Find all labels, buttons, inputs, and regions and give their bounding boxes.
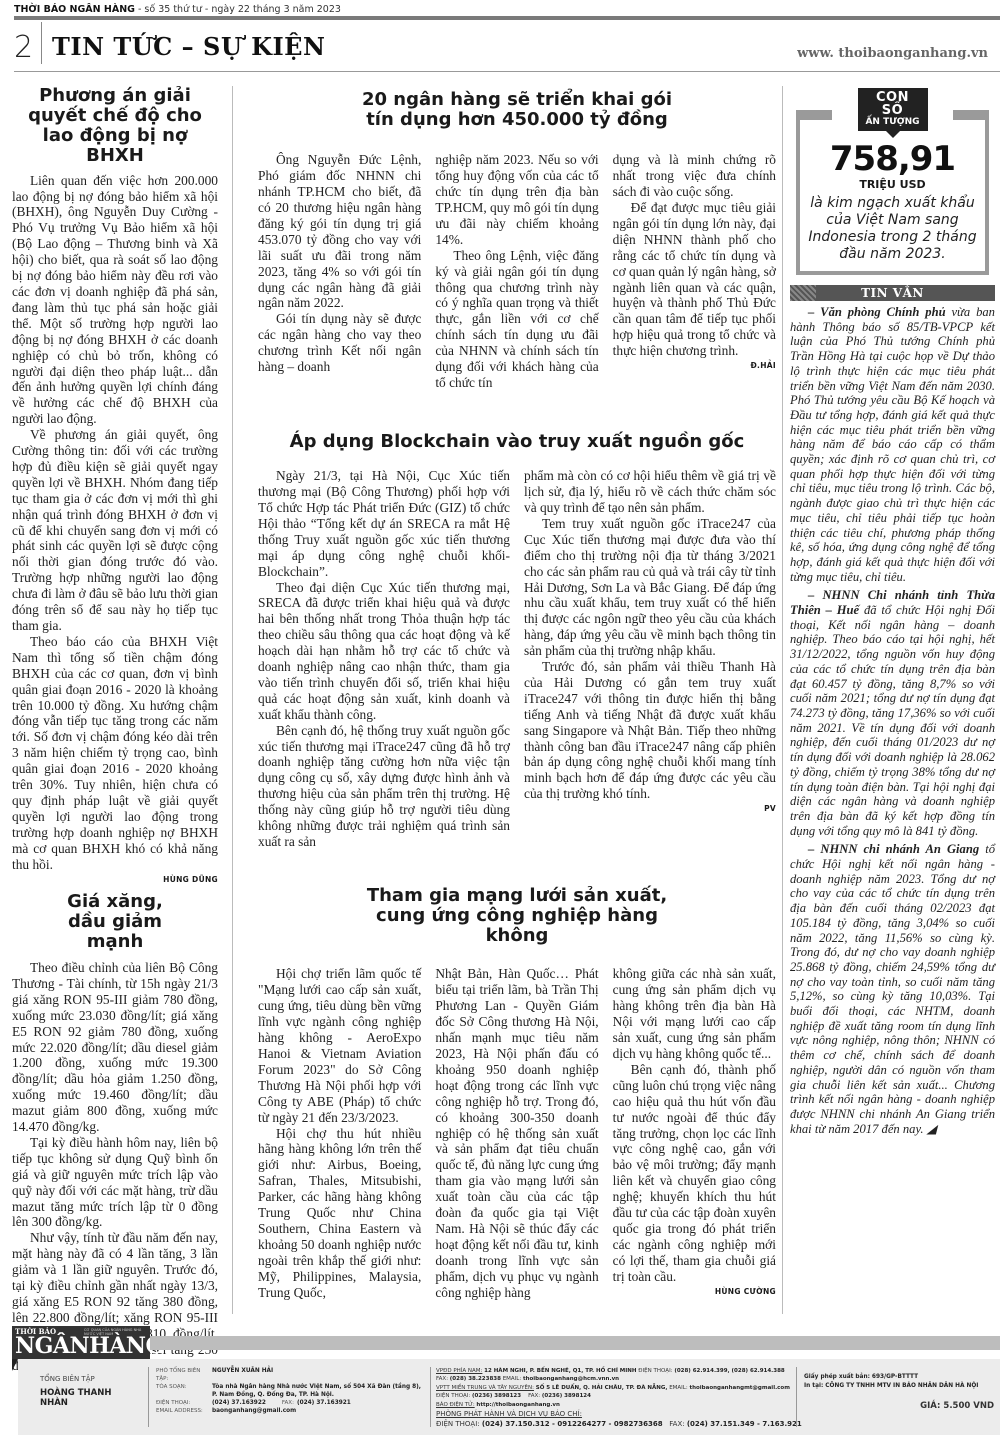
page-number-divider xyxy=(41,22,42,64)
brief-text: vừa ban hành Thông báo số 85/TB-VPCP kết… xyxy=(790,305,995,584)
e-paper-link[interactable]: http://thoibaonganhang.vn xyxy=(476,1402,560,1408)
text-column: nghiệp năm 2023. Nếu so với tổng huy độn… xyxy=(435,152,598,391)
chief-editor-block: TỔNG BIÊN TẬP HOÀNG THANH NHÀN xyxy=(40,1367,140,1408)
news-brief: – NHNN Chi nhánh tỉnh Thừa Thiên – Huế đ… xyxy=(790,588,995,838)
footer-divider xyxy=(148,1367,149,1427)
fax-label: FAX: xyxy=(282,1399,294,1407)
license-block: Giấy phép xuất bản: 693/GP-BTTTT In tại:… xyxy=(804,1373,994,1411)
printer-info: In tại: CÔNG TY TNHH MTV IN BÁO NHÂN DÂN… xyxy=(804,1382,994,1391)
headline-blockchain[interactable]: Áp dụng Blockchain vào truy xuất nguồn g… xyxy=(258,432,776,452)
text-column: không giữa các nhà sản xuất, cung ứng sả… xyxy=(613,966,776,1300)
distribution-phone-label: ĐIỆN THOẠI: xyxy=(436,1420,480,1428)
paragraph: Ngày 21/3, tại Hà Nội, Cục Xúc tiến thươ… xyxy=(258,468,510,579)
paragraph: Gói tín dụng này sẽ được các ngân hàng c… xyxy=(258,311,421,375)
byline: Đ.HẢI xyxy=(613,361,776,370)
central-fax-label: FAX: xyxy=(528,1393,540,1399)
paragraph: dụng và là minh chứng rõ nhất trong việc… xyxy=(613,152,776,200)
paragraph: Hội chợ thu hút nhiều hãng hàng không lớ… xyxy=(258,1126,421,1301)
news-brief: – NHNN chi nhánh An Giang tổ chức Hội ng… xyxy=(790,842,995,1136)
highlight-number: 758,91 xyxy=(808,140,977,178)
central-office-label: VPTT MIỀN TRUNG VÀ TÂY NGUYÊN: xyxy=(436,1385,534,1391)
distribution-fax-label: FAX: xyxy=(669,1420,684,1428)
tin-van-header: TIN VẮN xyxy=(790,285,995,301)
text-column: Ông Nguyễn Đức Lệnh, Phó giám đốc NHNN c… xyxy=(258,152,421,391)
paragraph: Hội chợ triển lãm quốc tế "Mạng lưới cao… xyxy=(258,966,421,1125)
paragraph: Theo báo cáo của BHXH Việt Nam thì tổng … xyxy=(12,634,218,873)
brief-lead: – Văn phòng Chính phủ xyxy=(808,305,946,319)
distribution-fax: (024) 37.151.349 - 7.163.921 xyxy=(687,1420,802,1428)
brief-text: đã tổ chức Hội nghị Đối thoại, Kết nối n… xyxy=(790,603,995,838)
paragraph: phẩm mà còn có cơ hội hiểu thêm về giá t… xyxy=(524,468,776,516)
paragraph: Bên cạnh đó, hệ thống truy xuất nguồn gố… xyxy=(258,723,510,850)
paper-name: THỜI BÁO NGÂN HÀNG xyxy=(14,4,135,15)
paragraph: Theo ông Lệnh, việc đăng ký và giải ngân… xyxy=(435,248,598,391)
text-column: Ngày 21/3, tại Hà Nội, Cục Xúc tiến thươ… xyxy=(258,468,510,850)
central-email-link[interactable]: thoibaonganhangmt@gmail.com xyxy=(689,1385,789,1391)
chief-editor-name: HOÀNG THANH NHÀN xyxy=(40,1388,140,1408)
south-email-label: EMAIL: xyxy=(503,1376,522,1382)
headline-bhxh[interactable]: Phương án giải quyết chế độ cho lao động… xyxy=(12,86,218,167)
south-email-link[interactable]: thoibaonganhang@hcm.vnn.vn xyxy=(523,1376,619,1382)
badge-line-1: CON SỐ xyxy=(864,91,922,117)
paragraph: Nhật Bản, Hàn Quốc… Phát biểu tại triển … xyxy=(435,966,598,1300)
byline: HÙNG DŨNG xyxy=(12,875,218,884)
news-brief: – Văn phòng Chính phủ vừa ban hành Thông… xyxy=(790,305,995,584)
logo-big-text: NGÂNHÀNG xyxy=(15,1333,164,1359)
email-link[interactable]: baonganhang@gmail.com xyxy=(212,1407,296,1415)
paragraph: không giữa các nhà sản xuất, cung ứng sả… xyxy=(613,966,776,1061)
column-divider xyxy=(232,86,233,1314)
publishing-license: Giấy phép xuất bản: 693/GP-BTTTT xyxy=(804,1373,994,1382)
article-blockchain: Áp dụng Blockchain vào truy xuất nguồn g… xyxy=(258,432,776,850)
e-paper-label: BÁO ĐIỆN TỬ: xyxy=(436,1402,475,1408)
headline-tin-dung[interactable]: 20 ngân hàng sẽ triển khai gói tín dụng … xyxy=(258,90,776,130)
central-email-label: EMAIL: xyxy=(669,1385,688,1391)
south-phone-label: ĐIỆN THOẠI: xyxy=(638,1368,672,1374)
paragraph: Theo điều chỉnh của liên Bộ Công Thương … xyxy=(12,960,218,1135)
highlight-description: là kim ngạch xuất khẩu của Việt Nam sang… xyxy=(808,195,977,263)
badge-line-2: ẤN TƯỢNG xyxy=(864,117,922,127)
paragraph: Bên cạnh đó, thành phố cũng luôn chú trọ… xyxy=(613,1062,776,1285)
section-header: 2 TIN TỨC – SỰ KIỆN www. thoibaonganhang… xyxy=(14,22,1000,72)
south-office-label: VPĐD PHÍA NAM: xyxy=(436,1368,482,1374)
price-label: GIÁ: 5.500 VND xyxy=(804,1401,994,1411)
con-so-an-tuong-box: CON SỐ ẤN TƯỢNG 758,91 TRIỆU USD là kim … xyxy=(790,86,995,275)
central-fax: (0236) 3898124 xyxy=(542,1393,591,1399)
south-fax-label: FAX: xyxy=(436,1376,448,1382)
text-column: Hội chợ triển lãm quốc tế "Mạng lưới cao… xyxy=(258,966,421,1300)
con-so-badge: CON SỐ ẤN TƯỢNG xyxy=(858,88,928,131)
newspaper-logo: THỜI BÁO CƠ QUAN CỦA NGÂN HÀNG NHÀ NƯỚC … xyxy=(12,1326,150,1359)
south-phone: (028) 62.914.399, (028) 62.914.388 xyxy=(674,1368,784,1374)
section-title: TIN TỨC – SỰ KIỆN xyxy=(52,32,325,61)
article-hang-khong: Tham gia mạng lưới sản xuất, cung ứng cô… xyxy=(258,886,776,1301)
south-office-address: 12 HÀM NGHI, P. BẾN NGHÉ, Q1, TP. HỒ CHÍ… xyxy=(484,1368,636,1374)
phone-value: (024) 37.163922 xyxy=(212,1399,266,1407)
website-link[interactable]: www. thoibaonganhang.vn xyxy=(797,46,988,61)
left-column: Phương án giải quyết chế độ cho lao động… xyxy=(12,86,218,1371)
text-column: dụng và là minh chứng rõ nhất trong việc… xyxy=(613,152,776,391)
brief-lead: – NHNN chi nhánh An Giang xyxy=(808,842,979,856)
article-gia-xang: Giá xăng, dầu giảm mạnh Theo điều chỉnh … xyxy=(12,892,218,1371)
issue-info: - số 35 thứ tư - ngày 22 tháng 3 năm 202… xyxy=(135,4,341,15)
paragraph: Trước đó, sản phẩm vải thiều Thanh Hà củ… xyxy=(524,659,776,802)
email-label: EMAIL ADDRESS: xyxy=(156,1407,212,1415)
box-frame xyxy=(953,110,989,120)
headline-hang-khong[interactable]: Tham gia mạng lưới sản xuất, cung ứng cô… xyxy=(258,886,776,946)
column-divider xyxy=(782,86,783,1314)
central-phone: (0236) 3898123 xyxy=(472,1393,521,1399)
office-info-block: PHÓ TỔNG BIÊN TẬP:NGUYỄN XUÂN HẢI TÒA SO… xyxy=(156,1367,426,1415)
deputy-name: NGUYỄN XUÂN HẢI xyxy=(212,1367,273,1383)
office-label: TÒA SOẠN: xyxy=(156,1383,212,1399)
fax-value: (024) 37.163921 xyxy=(297,1399,351,1407)
deputy-label: PHÓ TỔNG BIÊN TẬP: xyxy=(156,1367,212,1383)
branch-offices-block: VPĐD PHÍA NAM: 12 HÀM NGHI, P. BẾN NGHÉ,… xyxy=(436,1367,796,1429)
phone-label: ĐIỆN THOẠI: xyxy=(156,1399,212,1407)
headline-gia-xang[interactable]: Giá xăng, dầu giảm mạnh xyxy=(12,892,218,952)
tin-van-title: TIN VẮN xyxy=(861,286,924,300)
paragraph: Về phương án giải quyết, ông Cường thông… xyxy=(12,427,218,634)
paragraph: Để đạt được mục tiêu giải ngân gói tín d… xyxy=(613,200,776,359)
paragraph: nghiệp năm 2023. Nếu so với tổng huy độn… xyxy=(435,152,598,247)
office-address: Tòa nhà Ngân hàng Nhà nước Việt Nam, số … xyxy=(212,1383,426,1399)
logo-stripe xyxy=(150,1336,1000,1350)
masthead-rule xyxy=(14,16,1000,20)
text-column: Nhật Bản, Hàn Quốc… Phát biểu tại triển … xyxy=(435,966,598,1300)
distribution-label: PHÒNG PHÁT HÀNH VÀ DỊCH VỤ BÁO CHÍ: xyxy=(436,1410,582,1418)
central-office-address: SỐ 5 LÊ DUẨN, Q. HẢI CHÂU, TP. ĐÀ NẴNG, xyxy=(536,1385,668,1391)
masthead-issue-line: THỜI BÁO NGÂN HÀNG - số 35 thứ tư - ngày… xyxy=(14,4,341,15)
paragraph: Tại kỳ điều hành hôm nay, liên bộ tiếp t… xyxy=(12,1135,218,1230)
article-bhxh: Phương án giải quyết chế độ cho lao động… xyxy=(12,86,218,884)
brief-text: tổ chức Hội nghị kết nối ngân hàng - doa… xyxy=(790,842,995,1135)
page-number: 2 xyxy=(14,30,33,65)
distribution-phone: (024) 37.150.312 - 0912264277 - 09827363… xyxy=(482,1420,663,1428)
south-fax: (028) 38.223838 xyxy=(450,1376,501,1382)
footer-divider xyxy=(796,1367,797,1427)
imprint-panel: TỔNG BIÊN TẬP HOÀNG THANH NHÀN PHÓ TỔNG … xyxy=(18,1359,1000,1435)
sidebar: CON SỐ ẤN TƯỢNG 758,91 TRIỆU USD là kim … xyxy=(790,86,995,1136)
text-column: phẩm mà còn có cơ hội hiểu thêm về giá t… xyxy=(524,468,776,850)
central-phone-label: ĐIỆN THOẠI: xyxy=(436,1393,470,1399)
paragraph: Ông Nguyễn Đức Lệnh, Phó giám đốc NHNN c… xyxy=(258,152,421,311)
paragraph: Tem truy xuất nguồn gốc iTrace247 của Cụ… xyxy=(524,516,776,659)
paragraph: Liên quan đến việc hơn 200.000 lao động … xyxy=(12,173,218,428)
box-frame xyxy=(796,110,832,120)
imprint-footer: THỜI BÁO CƠ QUAN CỦA NGÂN HÀNG NHÀ NƯỚC … xyxy=(12,1326,1000,1435)
footer-divider xyxy=(430,1367,431,1427)
article-tin-dung: 20 ngân hàng sẽ triển khai gói tín dụng … xyxy=(258,90,776,391)
byline: PV xyxy=(524,804,776,813)
highlight-unit: TRIỆU USD xyxy=(808,178,977,191)
byline: HÙNG CƯỜNG xyxy=(613,1287,776,1296)
tin-van-list: – Văn phòng Chính phủ vừa ban hành Thông… xyxy=(790,305,995,1136)
paragraph: Theo đại diện Cục Xúc tiến thương mại, S… xyxy=(258,580,510,723)
chief-editor-label: TỔNG BIÊN TẬP xyxy=(40,1375,140,1383)
